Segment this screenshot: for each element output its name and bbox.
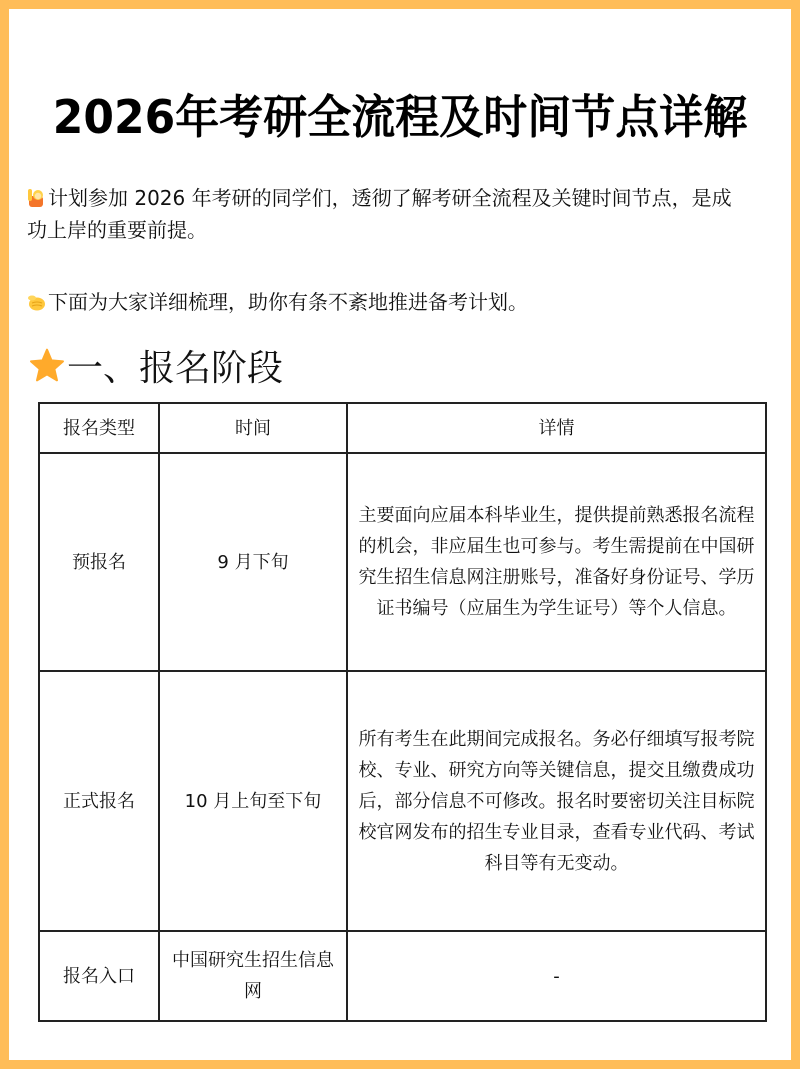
person-raising-hand-icon: [27, 185, 47, 205]
pointing-hand-icon: [27, 289, 47, 309]
table-row: 正式报名 10 月上旬至下旬 所有考生在此期间完成报名。务必仔细填写报考院校、专…: [39, 671, 766, 931]
intro-paragraph-1: 计划参加 2026 年考研的同学们，透彻了解考研全流程及关键时间节点，是成功上岸…: [27, 182, 747, 246]
intro-paragraph-2: 下面为大家详细梳理，助你有条不紊地推进备考计划。: [27, 286, 747, 318]
cell-detail: -: [347, 931, 766, 1021]
cell-time: 中国研究生招生信息网: [159, 931, 347, 1021]
cell-detail: 所有考生在此期间完成报名。务必仔细填写报考院校、专业、研究方向等关键信息，提交且…: [347, 671, 766, 931]
cell-type: 预报名: [39, 453, 159, 671]
section-heading: 一、报名阶段: [27, 345, 283, 393]
header-type: 报名类型: [39, 403, 159, 453]
page-title: 2026年考研全流程及时间节点详解: [9, 79, 791, 146]
poster-card: 2026年考研全流程及时间节点详解 计划参加 2026 年考研的同学们，透彻了解…: [9, 9, 791, 1060]
intro-text-1: 计划参加 2026 年考研的同学们，透彻了解考研全流程及关键时间节点，是成功上岸…: [27, 186, 732, 242]
cell-detail: 主要面向应届本科毕业生，提供提前熟悉报名流程的机会，非应届生也可参与。考生需提前…: [347, 453, 766, 671]
cell-type: 报名入口: [39, 931, 159, 1021]
star-icon: [27, 346, 67, 386]
table-row: 预报名 9 月下旬 主要面向应届本科毕业生，提供提前熟悉报名流程的机会，非应届生…: [39, 453, 766, 671]
registration-table: 报名类型 时间 详情 预报名 9 月下旬 主要面向应届本科毕业生，提供提前熟悉报…: [38, 402, 767, 1022]
section-heading-text: 一、报名阶段: [67, 348, 283, 389]
table-header-row: 报名类型 时间 详情: [39, 403, 766, 453]
table-row: 报名入口 中国研究生招生信息网 -: [39, 931, 766, 1021]
cell-time: 10 月上旬至下旬: [159, 671, 347, 931]
header-detail: 详情: [347, 403, 766, 453]
cell-type: 正式报名: [39, 671, 159, 931]
header-time: 时间: [159, 403, 347, 453]
intro-text-2: 下面为大家详细梳理，助你有条不紊地推进备考计划。: [48, 290, 528, 314]
cell-time: 9 月下旬: [159, 453, 347, 671]
